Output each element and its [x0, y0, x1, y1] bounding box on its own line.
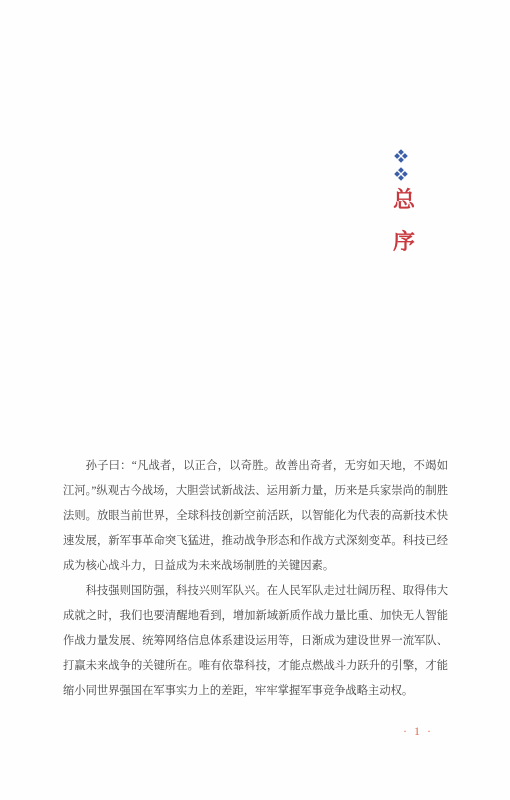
chapter-title-char: 总 [393, 189, 415, 211]
page-number: · 1 · [403, 724, 433, 738]
four-diamond-icon [394, 149, 408, 163]
preface-paragraph: 科技强则国防强，科技兴则军队兴。在人民军队走过壮阔历程、取得伟大成就之时，我们也… [63, 579, 448, 704]
title-ornament [394, 149, 408, 181]
chapter-title: 总 序 [392, 189, 416, 253]
chapter-title-char: 序 [393, 231, 415, 253]
four-diamond-icon [394, 167, 408, 181]
book-page: 总 序 孙子曰：“凡战者，以正合，以奇胜。故善出奇者，无穷如天地，不竭如江河。”… [0, 0, 510, 800]
preface-paragraph: 孙子曰：“凡战者，以正合，以奇胜。故善出奇者，无穷如天地，不竭如江河。”纵观古今… [63, 454, 448, 579]
preface-body: 孙子曰：“凡战者，以正合，以奇胜。故善出奇者，无穷如天地，不竭如江河。”纵观古今… [63, 454, 448, 704]
